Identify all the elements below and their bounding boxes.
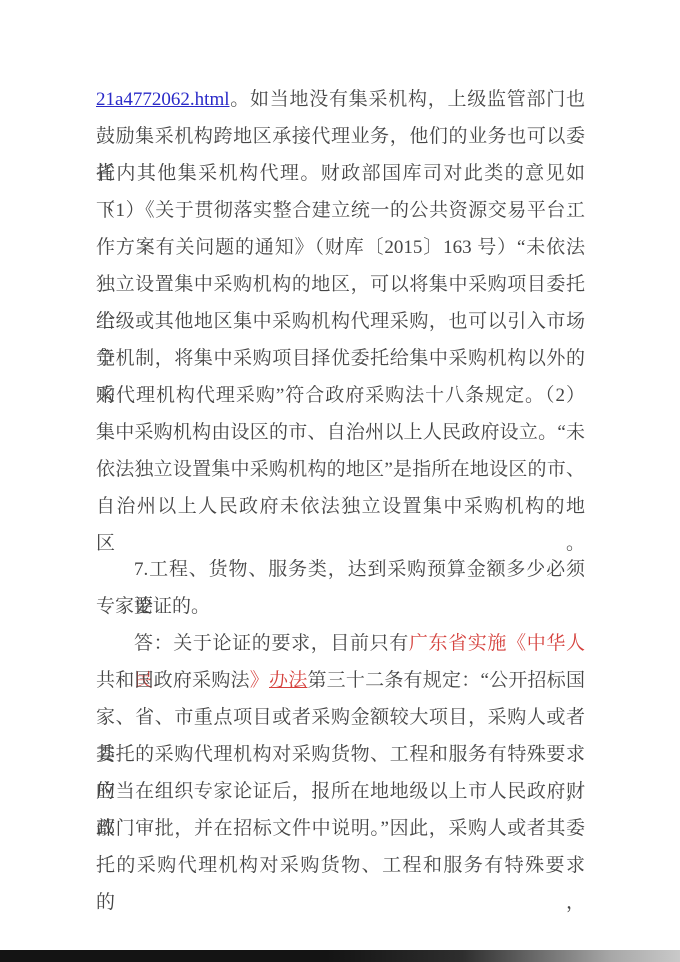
- text-line: 部门审批，并在招标文件中说明。”因此，采购人或者其委: [96, 810, 585, 847]
- body-text: 购代理机构代理采购”符合政府采购法十八条规定。（2）: [96, 385, 585, 406]
- text-line: 省内其他集采机构代理。财政部国库司对此类的意见如下：: [96, 155, 585, 192]
- red-highlight-text: 》: [250, 670, 269, 691]
- page-bottom-edge-shadow: [0, 950, 680, 962]
- body-text: 部门审批，并在招标文件中说明。”因此，采购人或者其委: [96, 818, 585, 839]
- hyperlink-html-file[interactable]: 21a4772062.html: [96, 89, 230, 110]
- body-text: 托的采购代理机构对采购货物、工程和服务有特殊要求的，: [96, 855, 585, 913]
- body-text: 依法独立设置集中采购机构的地区”是指所在地设区的市、: [96, 459, 585, 480]
- body-text: 。如当地没有集采机构，上级监管部门也: [230, 89, 585, 110]
- text-line: 自治州以上人民政府未依法独立设置集中采购机构的地区。: [96, 488, 585, 525]
- text-line: 托的采购代理机构对采购货物、工程和服务有特殊要求的，: [96, 847, 585, 884]
- text-line: 作方案有关问题的通知》（财库〔2015〕163 号）“未依法: [96, 229, 585, 266]
- body-text: 第三十二条有规定：“公开招标国: [307, 670, 585, 691]
- body-text: 共和国政府采购法: [96, 670, 250, 691]
- text-line: 家、省、市重点项目或者采购金额较大项目，采购人或者其: [96, 699, 585, 736]
- text-line: 购代理机构代理采购”符合政府采购法十八条规定。（2）: [96, 377, 585, 414]
- text-line: 应当在组织专家论证后，报所在地地级以上市人民政府财政: [96, 773, 585, 810]
- document-body: 21a4772062.html。如当地没有集采机构，上级监管部门也鼓励集采机构跨…: [96, 81, 585, 884]
- body-text: 专家论证的。: [96, 596, 210, 617]
- body-text: 集中采购机构由设区的市、自治州以上人民政府设立。“未: [96, 422, 585, 443]
- text-line: 独立设置集中采购机构的地区，可以将集中采购项目委托给: [96, 266, 585, 303]
- body-text: 自治州以上人民政府未依法独立设置集中采购机构的地区。: [96, 496, 585, 554]
- red-hyperlink-banfa[interactable]: 办法: [269, 670, 307, 691]
- text-line: 专家论证的。: [96, 588, 585, 625]
- text-line: 鼓励集采机构跨地区承接代理业务，他们的业务也可以委托: [96, 118, 585, 155]
- text-line: 21a4772062.html。如当地没有集采机构，上级监管部门也: [96, 81, 585, 118]
- text-line: 7.工程、货物、服务类，达到采购预算金额多少必须要: [96, 551, 585, 588]
- body-text: 答：关于论证的要求，目前只有: [134, 633, 409, 654]
- text-line: 依法独立设置集中采购机构的地区”是指所在地设区的市、: [96, 451, 585, 488]
- text-line: 集中采购机构由设区的市、自治州以上人民政府设立。“未: [96, 414, 585, 451]
- document-page: 21a4772062.html。如当地没有集采机构，上级监管部门也鼓励集采机构跨…: [0, 0, 680, 962]
- text-line: 答：关于论证的要求，目前只有广东省实施《中华人民: [96, 625, 585, 662]
- text-line: 委托的采购代理机构对采购货物、工程和服务有特殊要求的，: [96, 736, 585, 773]
- body-text: （1）《关于贯彻落实整合建立统一的公共资源交易平台工: [96, 200, 585, 221]
- text-line: 上级或其他地区集中采购机构代理采购，也可以引入市场竞: [96, 303, 585, 340]
- text-line: 共和国政府采购法》办法第三十二条有规定：“公开招标国: [96, 662, 585, 699]
- text-line: 争机制，将集中采购项目择优委托给集中采购机构以外的采: [96, 340, 585, 377]
- body-text: 作方案有关问题的通知》（财库〔2015〕163 号）“未依法: [96, 237, 585, 258]
- text-line: （1）《关于贯彻落实整合建立统一的公共资源交易平台工: [96, 192, 585, 229]
